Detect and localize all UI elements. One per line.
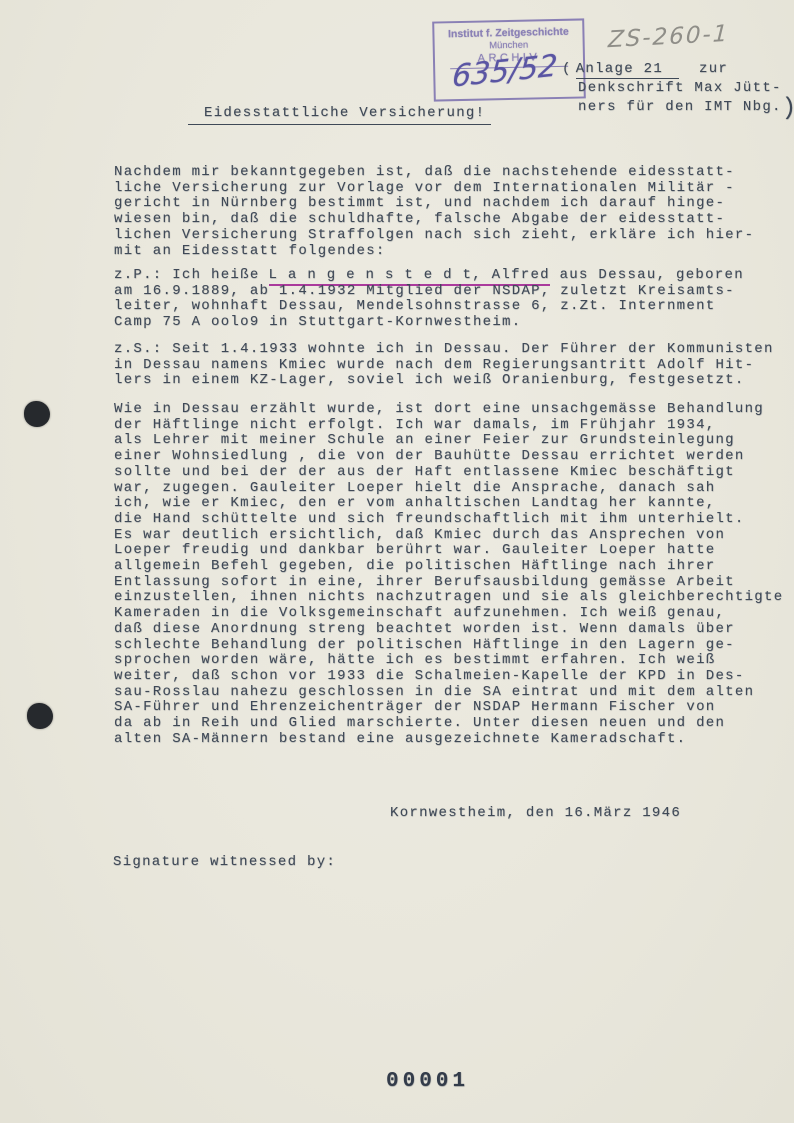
paragraph-main-statement: Wie in Dessau erzählt wurde, ist dort ei… xyxy=(114,402,794,747)
punch-hole-top xyxy=(24,401,50,427)
scanned-affidavit-page: Institut f. Zeitgeschichte München ARCHI… xyxy=(0,0,794,1123)
paragraph-zur-sache: z.S.: Seit 1.4.1933 wohnte ich in Dessau… xyxy=(114,342,794,389)
paragraph-person: z.P.: Ich heißeL a n g e n s t e d t, Al… xyxy=(114,268,794,331)
zp-prefix: z.P.: Ich heiße xyxy=(114,267,260,283)
anlage-annotation: (Anlage 21zur Denkschrift Max Jütt- ners… xyxy=(562,60,794,118)
open-paren: ( xyxy=(562,61,572,77)
dateline: Kornwestheim, den 16.März 1946 xyxy=(390,806,681,822)
paragraph-intro: Nachdem mir bekanntgegeben ist, daß die … xyxy=(114,165,794,259)
annotation-zur: zur xyxy=(699,61,728,77)
annotation-line-1: (Anlage 21zur xyxy=(562,60,794,79)
close-paren: ) xyxy=(782,95,794,122)
page-number: 00001 xyxy=(386,1070,469,1093)
anlage-number: Anlage 21 xyxy=(576,61,679,79)
signature-witness-line: Signature witnessed by: xyxy=(113,855,336,871)
pencil-reference-note: ZS-260-1 xyxy=(607,21,730,53)
annotation-line-3: ners für den IMT Nbg.) xyxy=(562,98,794,118)
document-title: Eidesstattliche Versicherung! xyxy=(188,106,491,122)
annotation-line-2: Denkschrift Max Jütt- xyxy=(562,79,794,98)
punch-hole-bottom xyxy=(27,703,53,729)
